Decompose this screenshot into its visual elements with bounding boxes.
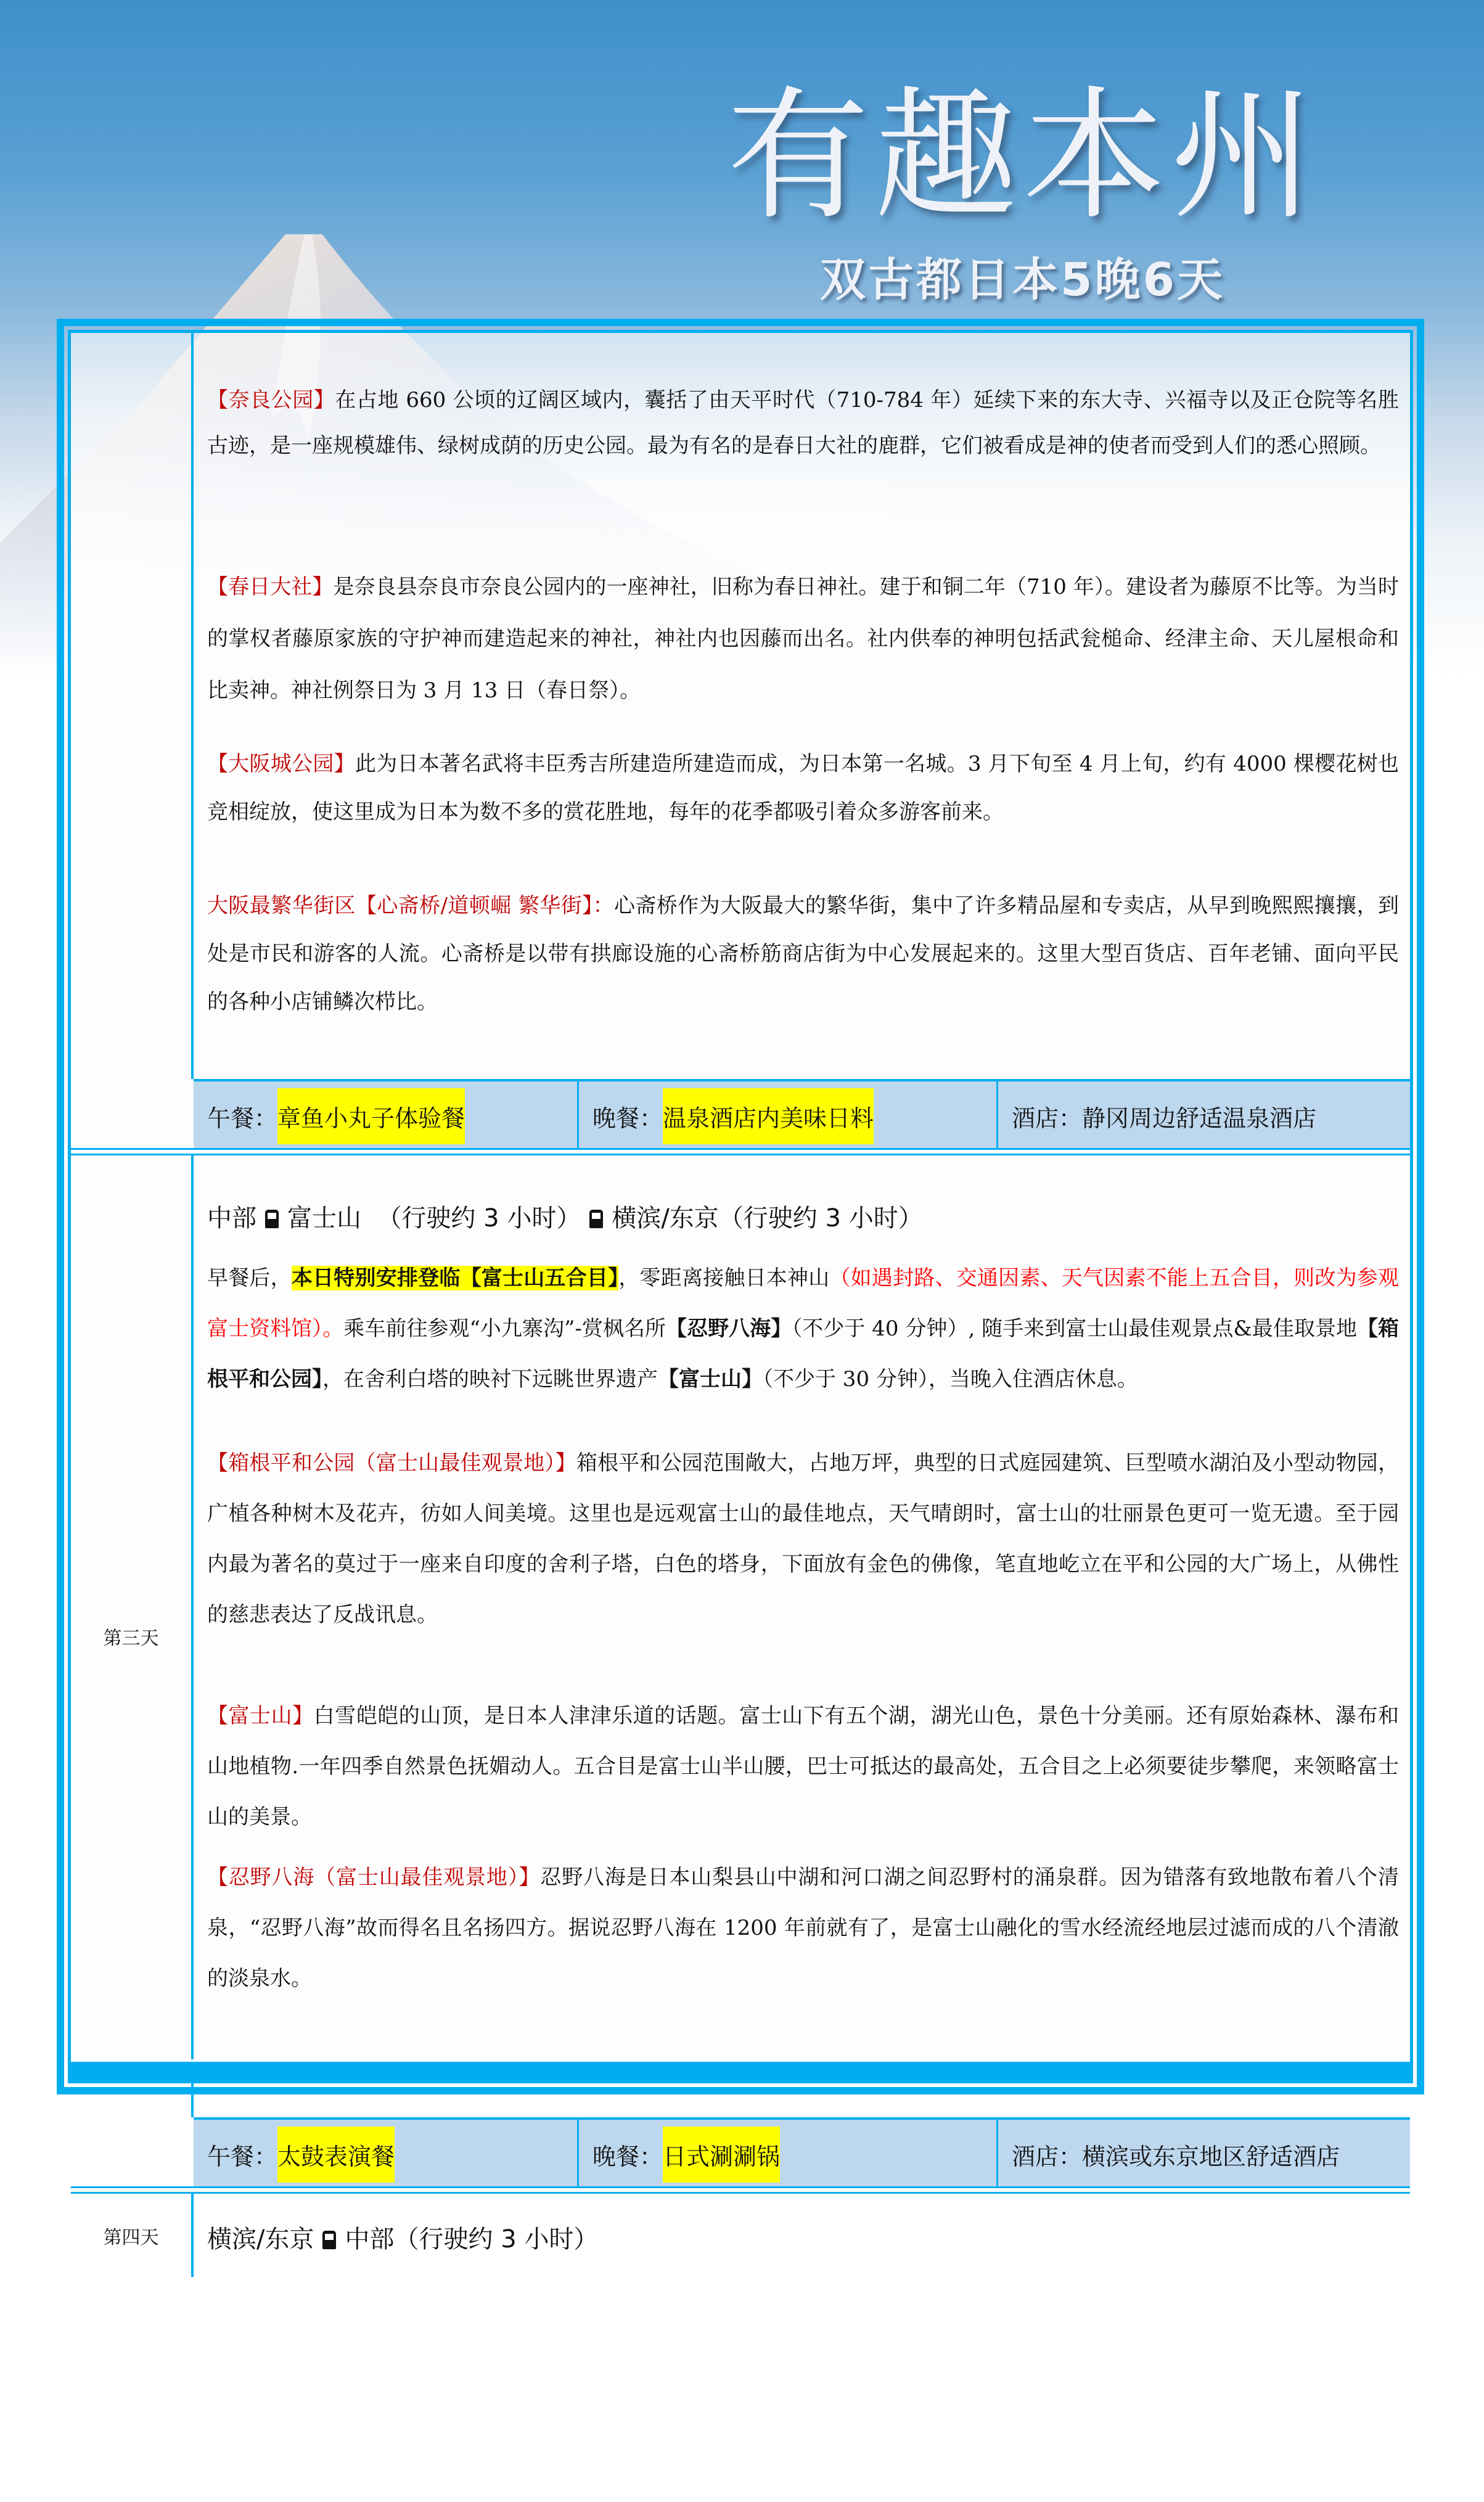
attraction-paragraph: 【春日大社】是奈良县奈良市奈良公园内的一座神社，旧称为春日神社。建于和铜二年（7… xyxy=(207,561,1399,716)
hotel-value: 横滨或东京地区舒适酒店 xyxy=(1082,2138,1340,2172)
highlight-text: 本日特别安排登临【富士山五合目】 xyxy=(292,1266,618,1290)
dinner-value: 日式涮涮锅 xyxy=(663,2127,780,2183)
attraction-paragraph: 大阪最繁华街区【心斋桥/道顿崛 繁华街】：心斋桥作为大阪最大的繁华街，集中了许多… xyxy=(207,882,1399,1026)
bus-icon xyxy=(322,2231,336,2249)
page-subtitle: 双古都日本5晚6天 xyxy=(820,244,1225,309)
attraction-paragraph: 【富士山】白雪皑皑的山顶，是日本人津津乐道的话题。富士山下有五个湖，湖光山色，景… xyxy=(207,1691,1399,1842)
row-divider xyxy=(71,1148,1410,1155)
day-content-cell: 【奈良公园】在占地 660 公顷的辽阔区域内，囊括了由天平时代（710-784 … xyxy=(194,333,1410,1079)
attraction-paragraph: 【奈良公园】在占地 660 公顷的辽阔区域内，囊括了由天平时代（710-784 … xyxy=(207,377,1399,469)
dinner-cell: 晚餐：温泉酒店内美味日料 xyxy=(579,1081,998,1151)
day2-continued-row: 【奈良公园】在占地 660 公顷的辽阔区域内，囊括了由天平时代（710-784 … xyxy=(71,333,1410,1079)
route-line: 横滨/东京中部（行驶约 3 小时） xyxy=(207,2220,598,2255)
hotel-cell: 酒店：静冈周边舒适温泉酒店 xyxy=(998,1081,1410,1151)
day-content-cell: 中部富士山 （行驶约 3 小时）横滨/东京（行驶约 3 小时） 早餐后，本日特别… xyxy=(194,1155,1410,2117)
day-label: 第四天 xyxy=(104,2222,159,2249)
day-content-cell: 横滨/东京中部（行驶约 3 小时） xyxy=(194,2194,1410,2277)
day4-row: 第四天 横滨/东京中部（行驶约 3 小时） xyxy=(71,2194,1410,2277)
day-intro-paragraph: 早餐后，本日特别安排登临【富士山五合目】，零距离接触日本神山（如遇封路、交通因素… xyxy=(207,1253,1399,1405)
row-divider xyxy=(71,2186,1410,2194)
attraction-paragraph: 【忍野八海（富士山最佳观景地）】忍野八海是日本山梨县山中湖和河口湖之间忍野村的涌… xyxy=(207,1852,1399,2004)
lunch-cell: 午餐：章鱼小丸子体验餐 xyxy=(194,1081,579,1151)
day-label: 第三天 xyxy=(104,1623,159,1650)
bus-icon xyxy=(589,1210,603,1228)
hotel-value: 静冈周边舒适温泉酒店 xyxy=(1082,1099,1316,1133)
page-title: 有趣本州 xyxy=(728,86,1319,228)
itinerary-table: 【奈良公园】在占地 660 公顷的辽阔区域内，囊括了由天平时代（710-784 … xyxy=(57,319,1424,2094)
attraction-paragraph: 【大阪城公园】此为日本著名武将丰臣秀吉所建造所建造而成，为日本第一名城。3 月下… xyxy=(207,740,1399,836)
bus-icon xyxy=(265,1210,279,1228)
lunch-cell: 午餐：太鼓表演餐 xyxy=(194,2120,579,2189)
lunch-value: 太鼓表演餐 xyxy=(277,2127,395,2183)
day3-row: 第三天 中部富士山 （行驶约 3 小时）横滨/东京（行驶约 3 小时） 早餐后，… xyxy=(71,1155,1410,2117)
dinner-value: 温泉酒店内美味日料 xyxy=(663,1088,874,1144)
meals-bar: 午餐：章鱼小丸子体验餐 晚餐：温泉酒店内美味日料 酒店：静冈周边舒适温泉酒店 xyxy=(194,1079,1410,1151)
lunch-value: 章鱼小丸子体验餐 xyxy=(277,1088,465,1144)
hotel-cell: 酒店：横滨或东京地区舒适酒店 xyxy=(998,2120,1410,2189)
day-label-cell: 第三天 xyxy=(71,1155,194,2117)
meals-bar: 午餐：太鼓表演餐 晚餐：日式涮涮锅 酒店：横滨或东京地区舒适酒店 xyxy=(194,2117,1410,2189)
route-line: 中部富士山 （行驶约 3 小时）横滨/东京（行驶约 3 小时） xyxy=(207,1199,923,1234)
dinner-cell: 晚餐：日式涮涮锅 xyxy=(579,2120,998,2189)
day-label-cell: 第四天 xyxy=(71,2194,194,2277)
table-bottom-border xyxy=(71,2059,1410,2080)
attraction-paragraph: 【箱根平和公园（富士山最佳观景地）】箱根平和公园范围敞大，占地万坪，典型的日式庭… xyxy=(207,1438,1399,1640)
day-label-cell xyxy=(71,333,194,1079)
